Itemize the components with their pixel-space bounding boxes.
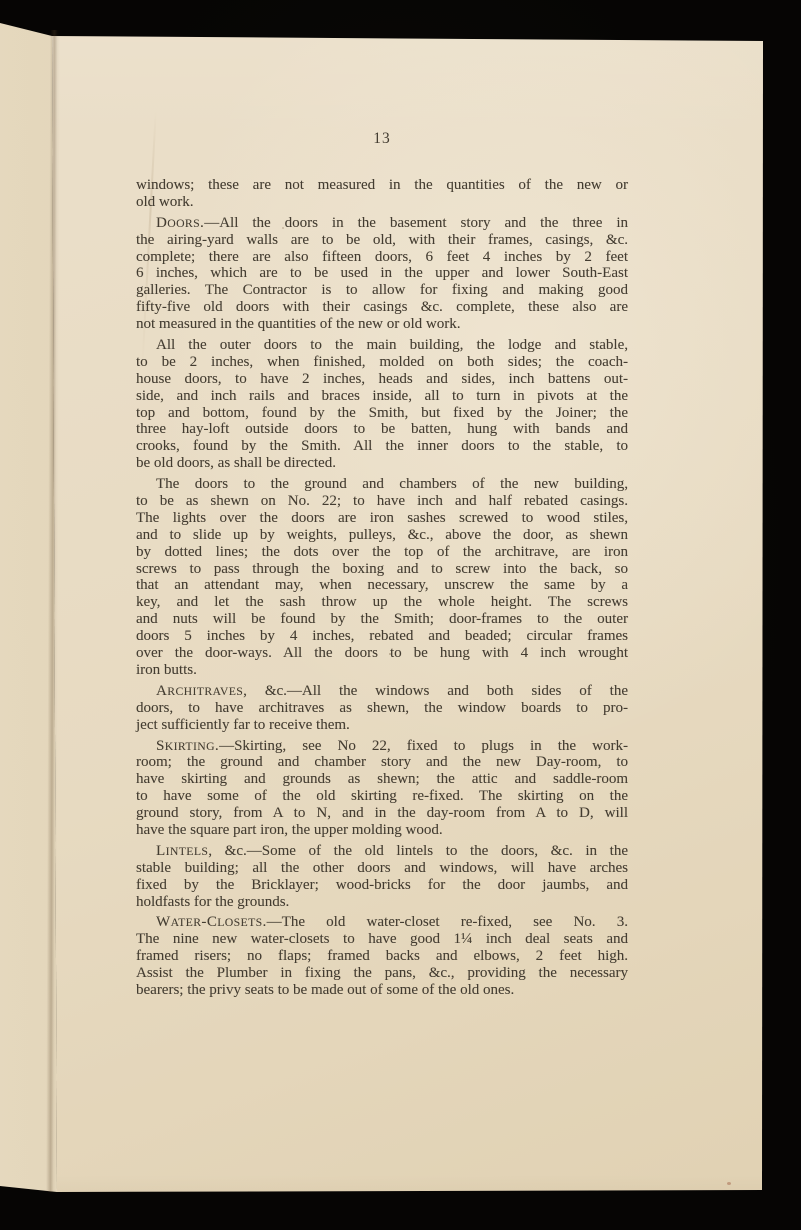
text-line: doors 5 inches by 4 inches, rebated and … [136,628,628,645]
text-line: three hay-loft outside doors to be batte… [136,421,628,438]
paragraph: The doors to the ground and chambers of … [136,476,628,679]
heading-letter: T [248,916,256,929]
text-line: key, and let the sash throw up the whole… [136,594,628,611]
text-line: fixed by the Bricklayer; wood-bricks for… [136,877,628,894]
text-line: The doors to the ground and chambers of … [136,476,628,493]
heading-letter: T [178,916,186,929]
text-line: top and bottom, found by the Smith, but … [136,405,628,422]
text-line: have skirting and grounds as shewn; the … [136,771,628,788]
paragraph: WATER-CLOSETS.—The old water-closet re-f… [136,914,628,998]
paragraph: LINTELS, &c.—Some of the old lintels to … [136,843,628,911]
text-line: room; the ground and chamber story and t… [136,754,628,771]
heading-letter: S [256,916,263,929]
heading-letter: W [156,914,171,930]
heading-letter: S [234,916,241,929]
text-line: WATER-CLOSETS.—The old water-closet re-f… [136,914,628,931]
text-line: side, and inch rails and braces inside, … [136,388,628,405]
heading-letter: L [156,843,166,859]
text-line: framed risers; no flaps; framed backs an… [136,948,628,965]
section-heading: ARCHITRAVES [156,683,243,699]
heading-letter: D [156,215,167,231]
text-line: The nine new water-closets to have good … [136,931,628,948]
text-line: fifty-five old doors with their casings … [136,299,628,316]
page-number: 13 [136,130,628,148]
heading-letter: N [197,740,206,753]
heading-letter: C [207,914,217,930]
text-line: that an attendant may, when necessary, u… [136,577,628,594]
text-line: galleries. The Contractor is to allow fo… [136,282,628,299]
body-text: windows; these are not measured in the q… [136,177,628,999]
heading-letter: G [206,740,215,753]
text-segment: —Skirting, see No 22, fixed to plugs in … [219,738,628,754]
heading-letter: O [176,217,185,230]
text-line: holdfasts for the grounds. [136,894,628,911]
section-heading: WATER-CLOSETS. [156,914,267,930]
text-line: SKIRTING.—Skirting, see No 22, fixed to … [136,738,628,755]
heading-letter: T [185,740,193,753]
text-line: be old doors, as shall be directed. [136,455,628,472]
paragraph: windows; these are not measured in the q… [136,177,628,211]
heading-letter: V [220,685,229,698]
text-line: The lights over the doors are iron sashe… [136,510,628,527]
heading-letter: A [156,683,167,699]
text-line: ground story, from A to N, and in the da… [136,805,628,822]
text-line: doors, to have architraves as shewn, the… [136,700,628,717]
heading-letter: R [185,217,193,230]
text-line: to be 2 inches, when finished, molded on… [136,354,628,371]
text-line: by dotted lines; the dots over the top o… [136,544,628,561]
section-heading: DOORS. [156,215,204,231]
heading-letter: A [213,685,220,698]
paragraph: All the outer doors to the main building… [136,337,628,472]
heading-letter: E [186,845,194,858]
text-line: LINTELS, &c.—Some of the old lintels to … [136,843,628,860]
text-line: complete; there are also fifteen doors, … [136,249,628,266]
text-line: DOORS.—All the doors in the basement sto… [136,215,628,232]
text-line: not measured in the quantities of the ne… [136,316,628,333]
heading-letter: C [175,685,183,698]
text-line: over the door-ways. All the doors to be … [136,645,628,662]
text-segment: —All the doors in the basement story and… [204,215,628,231]
paragraph: DOORS.—All the doors in the basement sto… [136,215,628,333]
text-line: ARCHITRAVES, &c.—All the windows and bot… [136,683,628,700]
text-line: ject sufficiently far to receive them. [136,717,628,734]
heading-letter: K [165,740,174,753]
text-line: All the outer doors to the main building… [136,337,628,354]
book-page: 13 windows; these are not measured in th… [0,0,801,1230]
foxing-speck [727,1182,731,1185]
scan-background: 13 windows; these are not measured in th… [0,0,801,1230]
text-segment: , &c.—Some of the old lintels to the doo… [208,843,628,859]
heading-letter: R [204,685,212,698]
heading-letter: N [170,845,179,858]
text-line: windows; these are not measured in the q… [136,177,628,194]
text-segment: , &c.—All the windows and both sides of … [243,683,628,699]
heading-letter: S [156,738,165,754]
text-line: the airing-yard walls are to be old, wit… [136,232,628,249]
section-heading: LINTELS [156,843,208,859]
text-line: house doors, to have 2 inches, heads and… [136,371,628,388]
text-line: and to slide up by weights, pulleys, &c.… [136,527,628,544]
heading-letter: E [241,916,249,929]
text-line: to be as shewn on No. 22; to have inch a… [136,493,628,510]
heading-letter: L [217,916,225,929]
text-line: and nuts will be found by the Smith; doo… [136,611,628,628]
text-line: 6 inches, which are to be used in the up… [136,265,628,282]
section-heading: SKIRTING. [156,738,219,754]
text-line: have the square part iron, the upper mol… [136,822,628,839]
paragraph: SKIRTING.—Skirting, see No 22, fixed to … [136,738,628,839]
text-segment: —The old water-closet re-fixed, see No. … [267,914,628,930]
text-line: to have some of the old skirting re-fixe… [136,788,628,805]
text-line: crooks, found by the Smith. All the inne… [136,438,628,455]
text-line: bearers; the privy seats to be made out … [136,982,628,999]
heading-letter: S [193,217,200,230]
paragraph: ARCHITRAVES, &c.—All the windows and bot… [136,683,628,734]
text-line: Assist the Plumber in fixing the pans, &… [136,965,628,982]
text-line: screws to pass through the boxing and to… [136,561,628,578]
heading-letter: O [225,916,234,929]
text-line: stable building; all the other doors and… [136,860,628,877]
text-line: iron butts. [136,662,628,679]
heading-letter: A [171,916,179,929]
heading-letter: O [167,217,176,230]
text-line: old work. [136,194,628,211]
